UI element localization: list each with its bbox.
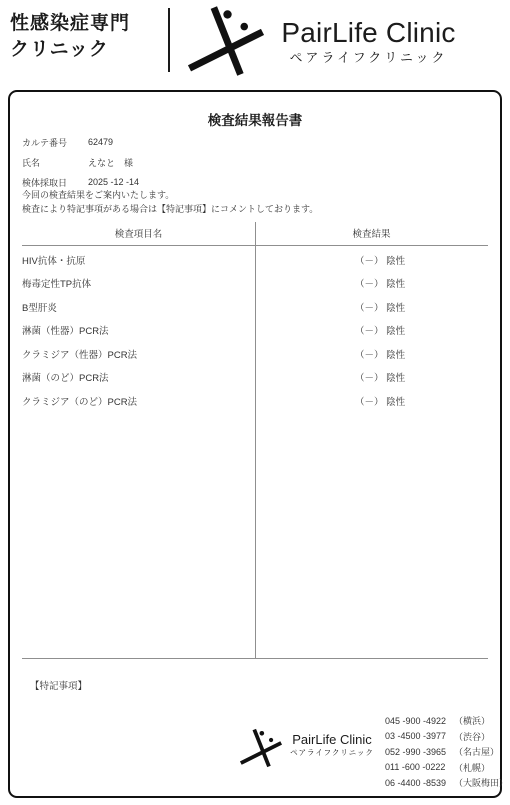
table-row: クラミジア（性器）PCR法 （－） 陰性 xyxy=(22,342,488,366)
patient-name-value: えなと 様 xyxy=(88,156,133,169)
patient-info: カルテ番号 62479 氏名 えなと 様 検体採取日 2025 -12 -14 xyxy=(22,132,139,192)
intro-line2: 検査により特記事項がある場合は【特記事項】にコメントしております。 xyxy=(22,202,318,216)
table-row: HIV抗体・抗原 （－） 陰性 xyxy=(22,248,488,272)
special-notes-label: 【特記事項】 xyxy=(30,678,87,692)
phone-row: 011 -600 -0222 （札幌） xyxy=(385,760,508,776)
table-row: 淋菌（性器）PCR法 （－） 陰性 xyxy=(22,319,488,343)
collection-date-value: 2025 -12 -14 xyxy=(88,177,139,187)
clinic-specialty-text: 性感染症専門 クリニック xyxy=(10,11,130,63)
test-result-value: （－） 陰性 xyxy=(355,253,488,267)
test-result-value: （－） 陰性 xyxy=(355,347,488,361)
intro-text: 今回の検査結果をご案内いたします。 検査により特記事項がある場合は【特記事項】に… xyxy=(22,188,318,216)
column-header-test-item: 検査項目名 xyxy=(22,226,255,240)
header-vertical-divider xyxy=(168,8,170,72)
table-header-rule xyxy=(22,245,488,246)
brand-name-japanese: ペアライフクリニック xyxy=(271,50,466,66)
pairlife-logo-icon-small xyxy=(240,728,282,768)
footer-brand-name-japanese: ペアライフクリニック xyxy=(286,748,378,758)
phone-number: 011 -600 -0222 xyxy=(385,762,454,772)
test-result-value: （－） 陰性 xyxy=(355,370,488,384)
phone-row: 03 -4500 -3977 （渋谷） xyxy=(385,729,508,745)
test-results-table: HIV抗体・抗原 （－） 陰性 梅毒定性TP抗体 （－） 陰性 B型肝炎 （－）… xyxy=(22,248,488,413)
phone-number: 045 -900 -4922 xyxy=(385,716,454,726)
clinic-specialty-line1: 性感染症専門 xyxy=(10,11,130,37)
test-result-value: （－） 陰性 xyxy=(355,276,488,290)
table-row: 淋菌（のど）PCR法 （－） 陰性 xyxy=(22,366,488,390)
table-row: B型肝炎 （－） 陰性 xyxy=(22,295,488,319)
phone-location: （名古屋） xyxy=(454,745,499,758)
patient-row-name: 氏名 えなと 様 xyxy=(22,152,139,172)
brand-block: PairLife Clinic ペアライフクリニック xyxy=(271,16,466,66)
test-item-name: HIV抗体・抗原 xyxy=(22,253,355,267)
phone-location: （渋谷） xyxy=(454,730,490,743)
footer-brand-block: PairLife Clinic ペアライフクリニック xyxy=(286,732,378,758)
test-result-value: （－） 陰性 xyxy=(355,394,488,408)
clinic-specialty-line2: クリニック xyxy=(10,37,130,63)
table-bottom-rule xyxy=(22,658,488,659)
test-item-name: B型肝炎 xyxy=(22,300,355,314)
phone-number: 052 -990 -3965 xyxy=(385,747,454,757)
clinic-header: 性感染症専門 クリニック PairLife Clinic ペアライフクリニック xyxy=(0,0,510,88)
patient-name-label: 氏名 xyxy=(22,156,88,169)
report-title: 検査結果報告書 xyxy=(10,109,500,129)
phone-row: 06 -4400 -8539 （大阪梅田） xyxy=(385,775,508,791)
phone-location: （札幌） xyxy=(454,761,490,774)
test-result-value: （－） 陰性 xyxy=(355,323,488,337)
test-item-name: 梅毒定性TP抗体 xyxy=(22,276,355,290)
chart-number-value: 62479 xyxy=(88,137,113,147)
phone-row: 052 -990 -3965 （名古屋） xyxy=(385,744,508,760)
phone-number: 06 -4400 -8539 xyxy=(385,778,454,788)
column-header-test-result: 検査結果 xyxy=(255,226,488,240)
table-header-row: 検査項目名 検査結果 xyxy=(22,226,488,240)
pairlife-logo-icon xyxy=(188,6,264,76)
brand-name: PairLife Clinic xyxy=(271,16,466,50)
table-row: 梅毒定性TP抗体 （－） 陰性 xyxy=(22,272,488,296)
phone-location: （横浜） xyxy=(454,714,490,727)
test-item-name: 淋菌（のど）PCR法 xyxy=(22,370,355,384)
phone-number: 03 -4500 -3977 xyxy=(385,731,454,741)
patient-row-chart-number: カルテ番号 62479 xyxy=(22,132,139,152)
test-item-name: クラミジア（性器）PCR法 xyxy=(22,347,355,361)
collection-date-label: 検体採取日 xyxy=(22,176,88,189)
phone-row: 045 -900 -4922 （横浜） xyxy=(385,713,508,729)
footer-brand-name: PairLife Clinic xyxy=(286,732,378,748)
test-item-name: クラミジア（のど）PCR法 xyxy=(22,394,355,408)
chart-number-label: カルテ番号 xyxy=(22,136,88,149)
table-row: クラミジア（のど）PCR法 （－） 陰性 xyxy=(22,389,488,413)
report-card: 検査結果報告書 カルテ番号 62479 氏名 えなと 様 検体採取日 2025 … xyxy=(8,90,502,798)
phone-location: （大阪梅田） xyxy=(454,776,508,789)
clinic-phone-list: 045 -900 -4922 （横浜） 03 -4500 -3977 （渋谷） … xyxy=(385,713,508,791)
intro-line1: 今回の検査結果をご案内いたします。 xyxy=(22,188,318,202)
test-result-value: （－） 陰性 xyxy=(355,300,488,314)
test-item-name: 淋菌（性器）PCR法 xyxy=(22,323,355,337)
